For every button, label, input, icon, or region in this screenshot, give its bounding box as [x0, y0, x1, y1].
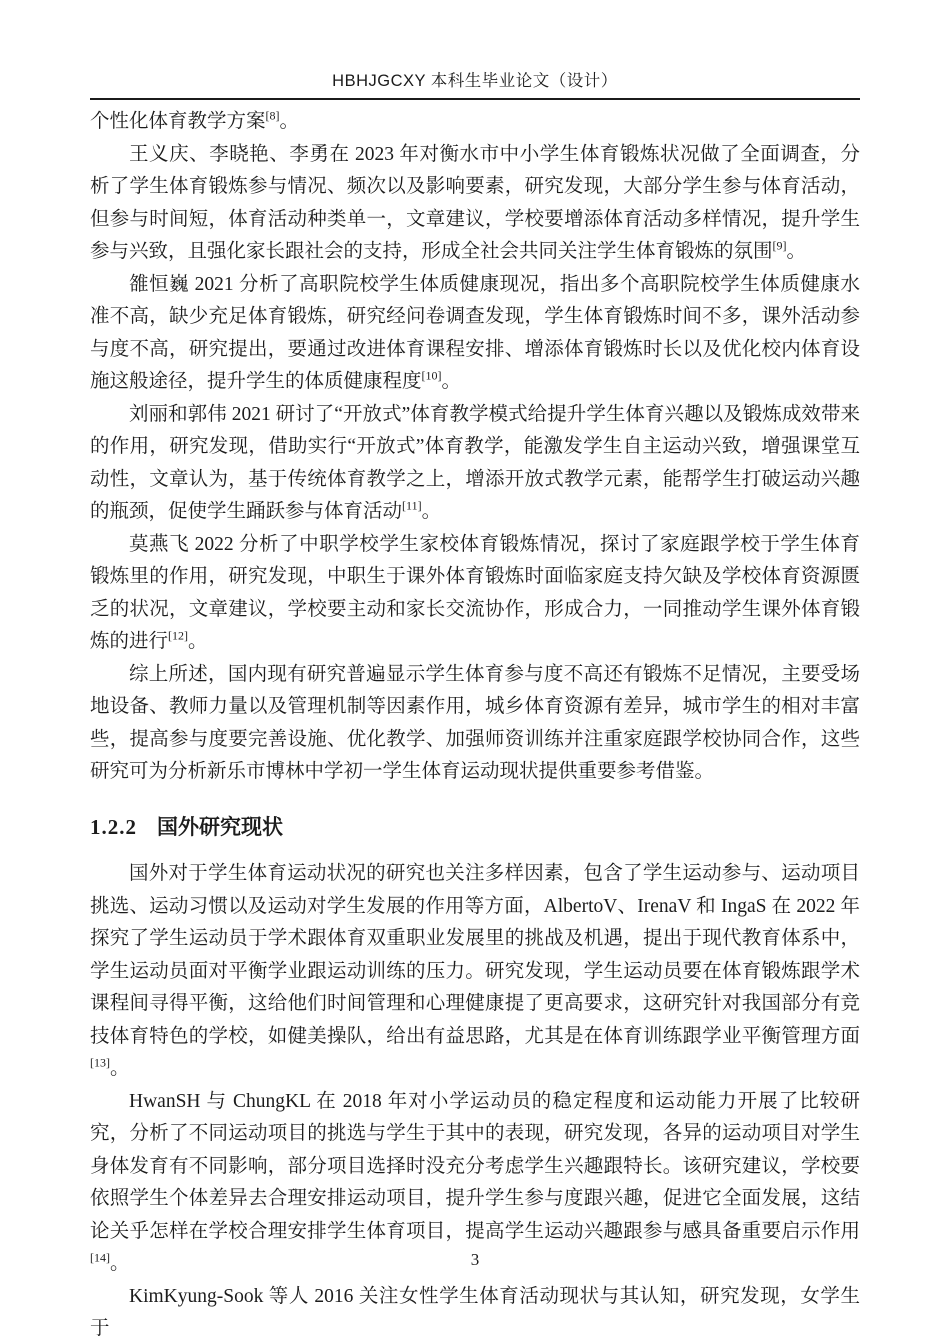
- paragraph: KimKyung-Sook 等人 2016 关注女性学生体育活动现状与其认知，研…: [90, 1281, 860, 1344]
- running-head-title: HBHJGCXY 本科生毕业论文（设计）: [90, 0, 860, 91]
- paragraph: 刘丽和郭伟 2021 研讨了“开放式”体育教学模式给提升学生体育兴趣以及锻炼成效…: [90, 399, 860, 529]
- citation-ref: [13]: [90, 1056, 110, 1070]
- section-heading: 1.2.2国外研究现状: [90, 811, 860, 845]
- citation-ref: [12]: [168, 629, 188, 643]
- citation-ref: [10]: [422, 369, 442, 383]
- thesis-page: HBHJGCXY 本科生毕业论文（设计） 个性化体育教学方案[8]。王义庆、李晓…: [0, 0, 950, 1344]
- section-number: 1.2.2: [90, 815, 137, 839]
- page-number: 3: [471, 1250, 480, 1269]
- page-header: HBHJGCXY 本科生毕业论文（设计）: [90, 0, 860, 100]
- paragraph: 个性化体育教学方案[8]。: [90, 106, 860, 139]
- paragraph: 综上所述，国内现有研究普遍显示学生体育参与度不高还有锻炼不足情况，主要受场地设备…: [90, 659, 860, 789]
- page-footer: 3: [0, 1250, 950, 1270]
- header-divider: [90, 98, 860, 100]
- paragraph: 王义庆、李晓艳、李勇在 2023 年对衡水市中小学生体育锻炼状况做了全面调查，分…: [90, 139, 860, 269]
- section-title: 国外研究现状: [157, 816, 283, 839]
- paragraph: 雒恒巍 2021 分析了高职院校学生体质健康现况，指出多个高职院校学生体质健康水…: [90, 269, 860, 399]
- citation-ref: [9]: [773, 239, 787, 253]
- citation-ref: [8]: [266, 109, 280, 123]
- paragraph: 莫燕飞 2022 分析了中职学校学生家校体育锻炼情况，探讨了家庭跟学校于学生体育…: [90, 529, 860, 659]
- citation-ref: [11]: [402, 499, 422, 513]
- paragraph: 国外对于学生体育运动状况的研究也关注多样因素，包含了学生运动参与、运动项目挑选、…: [90, 858, 860, 1086]
- document-body: 个性化体育教学方案[8]。王义庆、李晓艳、李勇在 2023 年对衡水市中小学生体…: [90, 106, 860, 1344]
